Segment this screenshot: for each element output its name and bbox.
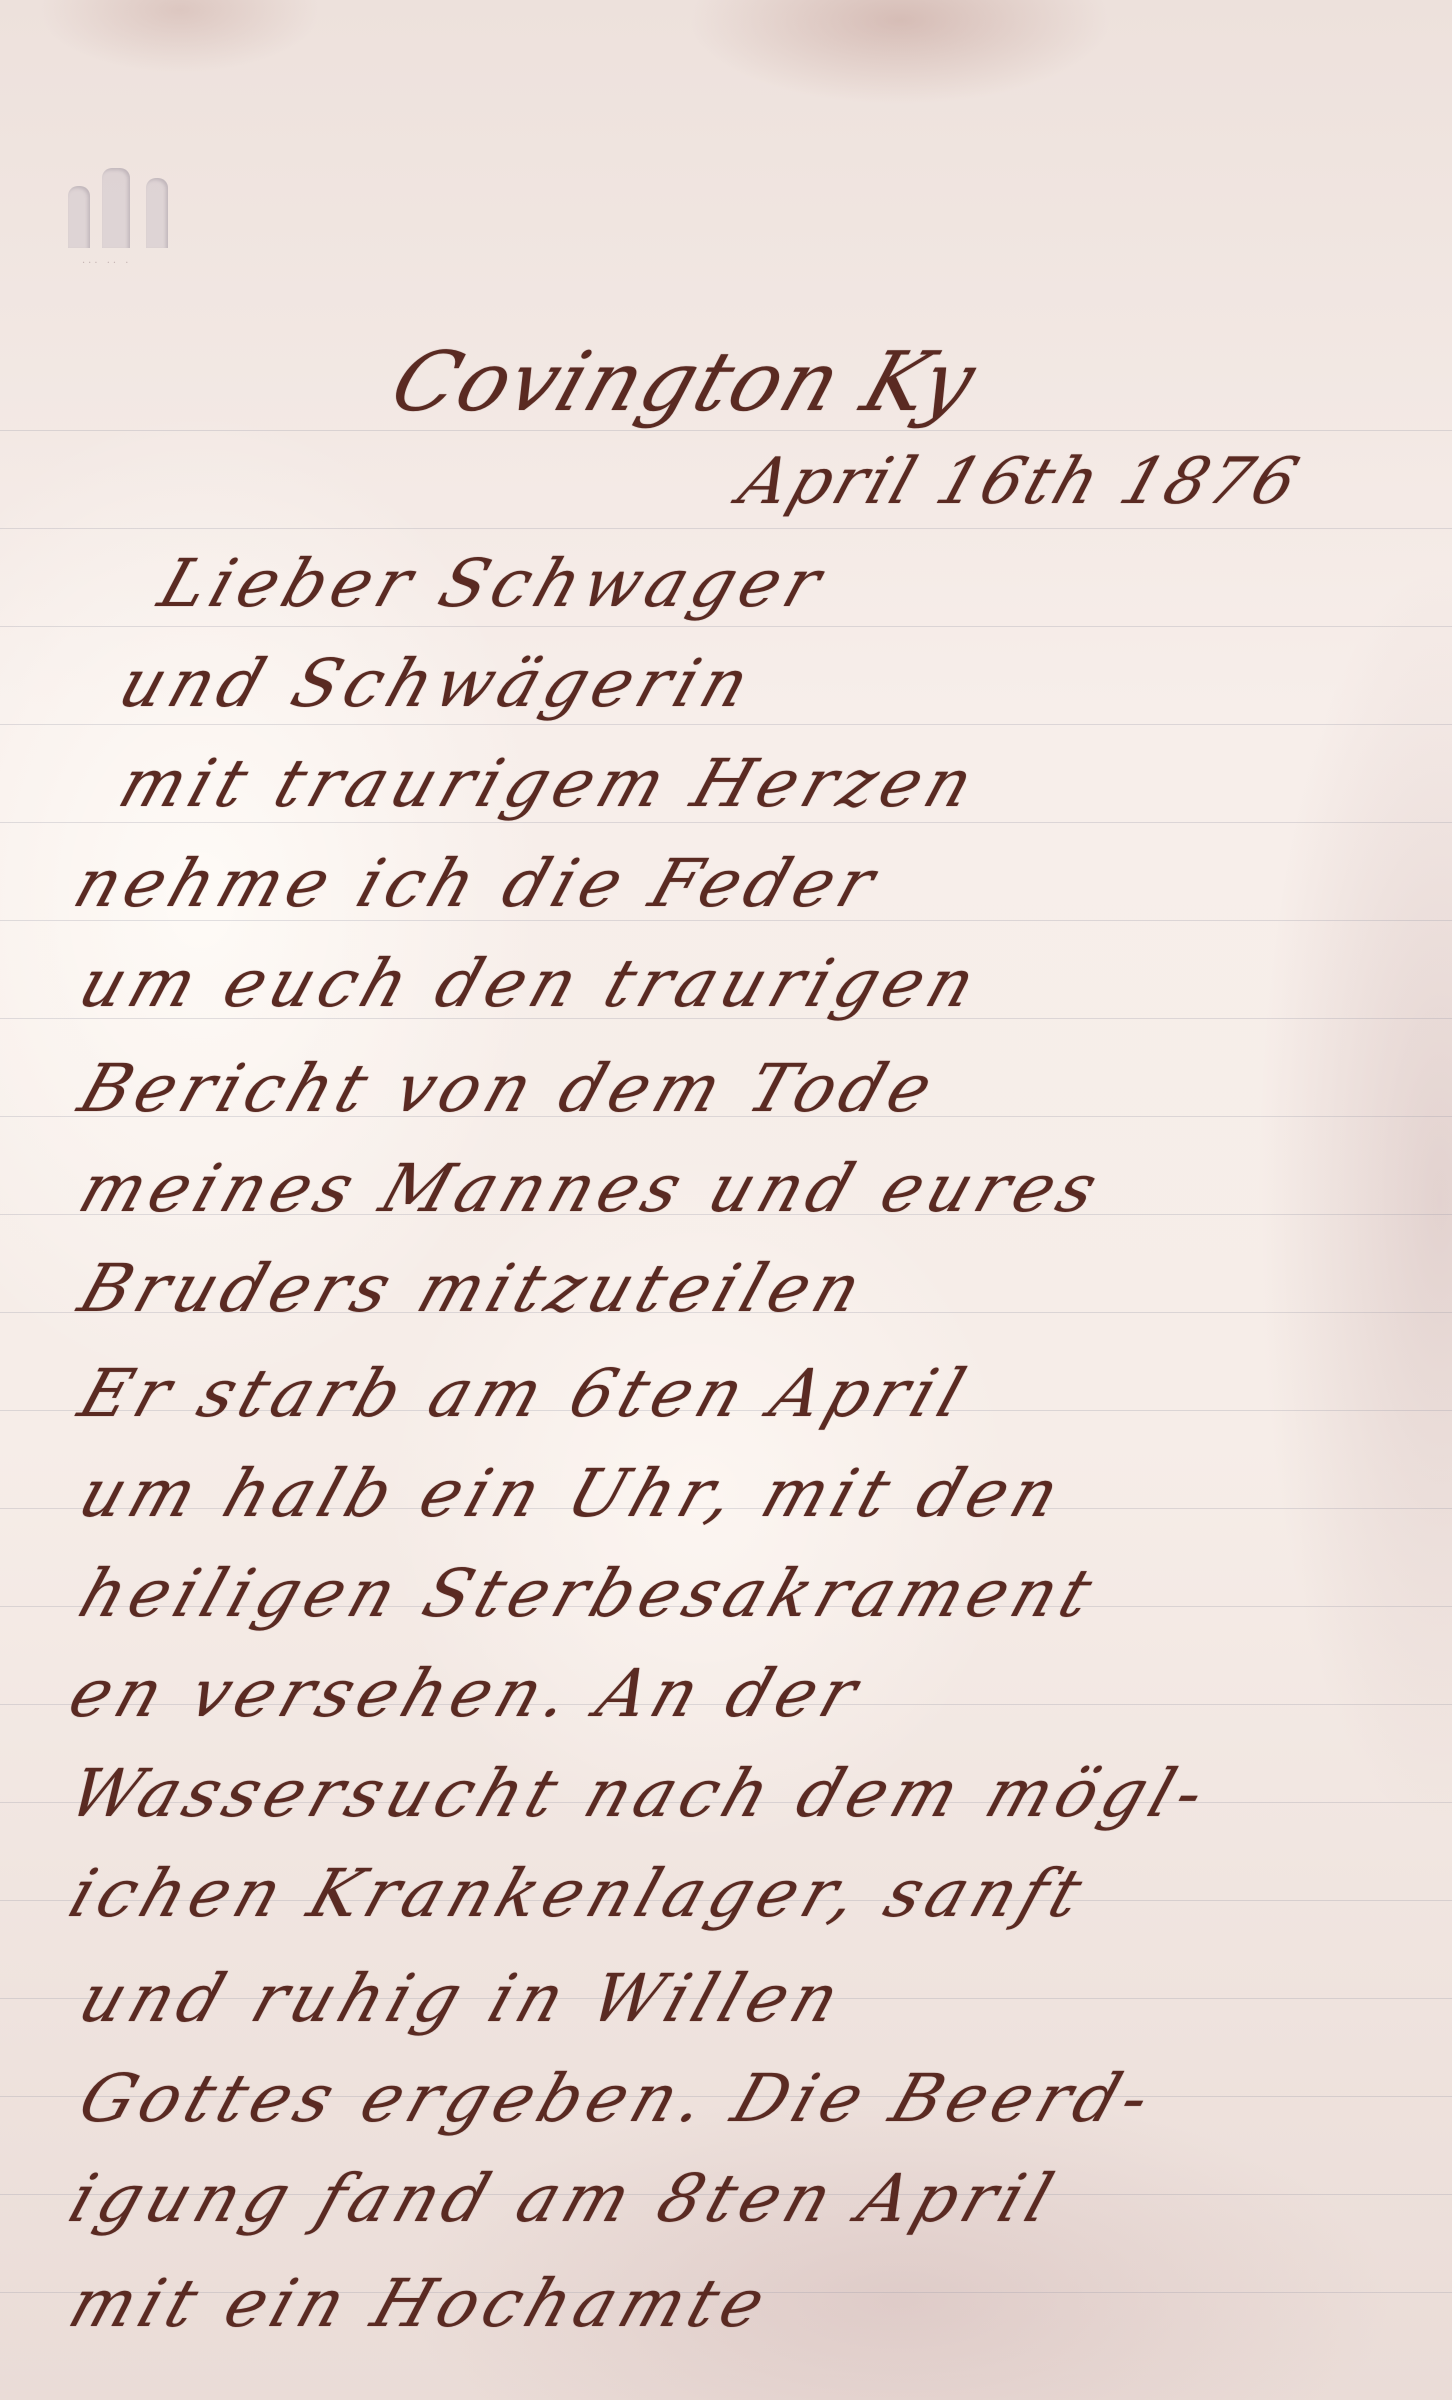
letter-line: Lieber Schwager (150, 545, 836, 622)
emboss-label: ··· ·· · (82, 258, 131, 269)
letter-line: um halb ein Uhr, mit den (70, 1455, 1074, 1532)
letter-date: April 16th 1876 (730, 445, 1310, 519)
letter-line: um euch den traurigen (70, 945, 990, 1022)
ruled-line (0, 822, 1452, 823)
letter-line: Bericht von dem Tode (70, 1050, 948, 1127)
letter-page: ··· ·· · Covington Ky April 16th 1876 Li… (0, 0, 1452, 2400)
letter-line: meines Mannes und eures (70, 1150, 1112, 1227)
letter-line: Bruders mitzuteilen (70, 1250, 876, 1327)
castle-emboss-icon (64, 160, 180, 248)
letter-line: nehme ich die Feder (65, 845, 890, 922)
letter-line: und Schwägerin (110, 645, 764, 722)
letter-line: Gottes ergeben. Die Beerd- (70, 2060, 1165, 2137)
letter-line: en versehen. An der (60, 1655, 872, 1732)
letter-line: igung fand am 8ten April (60, 2160, 1068, 2237)
letter-line: mit ein Hochamte (60, 2265, 780, 2342)
letter-line: mit traurigem Herzen (110, 745, 988, 822)
letter-line: heiligen Sterbesakrament (70, 1555, 1107, 1632)
letter-place: Covington Ky (380, 335, 988, 430)
ruled-line (0, 724, 1452, 725)
ruled-line (0, 430, 1452, 431)
letter-line: ichen Krankenlager, sanft (60, 1855, 1097, 1932)
ruled-line (0, 528, 1452, 529)
letter-line: und ruhig in Willen (70, 1960, 854, 2037)
ruled-line (0, 626, 1452, 627)
letter-line: Wassersucht nach dem mögl- (60, 1755, 1219, 1832)
letter-line: Er starb am 6ten April (70, 1355, 980, 1432)
